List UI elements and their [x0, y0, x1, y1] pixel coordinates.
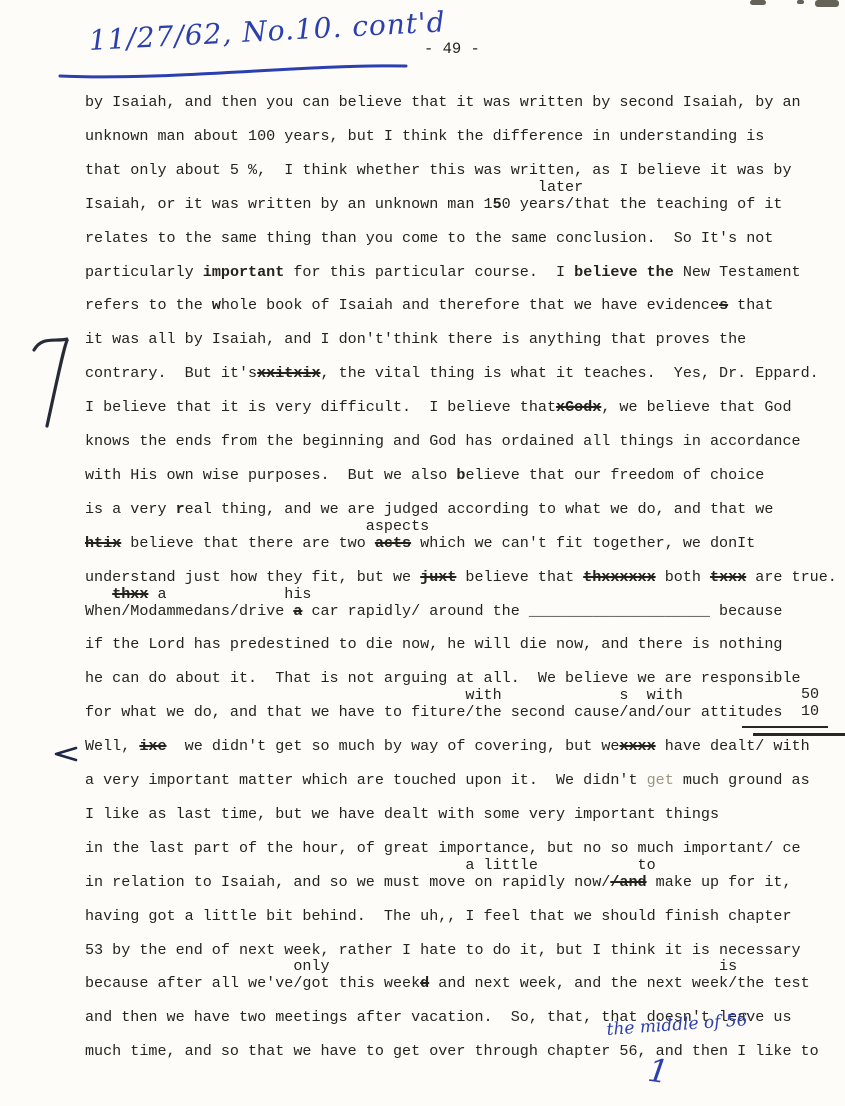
typed-line: it was all by Isaiah, and I don't'think … — [85, 329, 746, 349]
typed-line: because after all we've/got this weekd a… — [85, 973, 810, 993]
typed-line: I believe that it is very difficult. I b… — [85, 397, 792, 417]
margin-underline — [742, 726, 828, 728]
paragraph-mark-icon — [28, 332, 74, 432]
typed-line: a very important matter which are touche… — [85, 770, 810, 790]
typed-line: knows the ends from the beginning and Go… — [85, 431, 801, 451]
typed-body: by Isaiah, and then you can believe that… — [0, 0, 845, 1106]
margin-underline — [753, 733, 845, 736]
typed-line: in relation to Isaiah, and so we must mo… — [85, 872, 792, 892]
typed-line: particularly important for this particul… — [85, 262, 801, 282]
typed-line: relates to the same thing than you come … — [85, 228, 773, 248]
typed-line: if the Lord has predestined to die now, … — [85, 634, 782, 654]
insert-arrow-icon — [50, 744, 78, 764]
typed-line: refers to the whole book of Isaiah and t… — [85, 295, 773, 315]
typed-line: having got a little bit behind. The uh,,… — [85, 906, 792, 926]
typed-line: I like as last time, but we have dealt w… — [85, 804, 719, 824]
typed-line: Isaiah, or it was written by an unknown … — [85, 194, 782, 214]
typed-line: with His own wise purposes. But we also … — [85, 465, 764, 485]
typed-line: unknown man about 100 years, but I think… — [85, 126, 764, 146]
typed-line: htix believe that there are two acts whi… — [85, 533, 755, 553]
typed-line: contrary. But it'sxxitxix, the vital thi… — [85, 363, 819, 383]
typed-line: When/Modammedans/drive a car rapidly/ ar… — [85, 601, 782, 621]
typed-line: much time, and so that we have to get ov… — [85, 1041, 819, 1061]
typed-line: by Isaiah, and then you can believe that… — [85, 92, 801, 112]
document-page: 11/27/62, No.10. cont'd - 49 - by Isaiah… — [0, 0, 845, 1106]
margin-number-50: 50 — [801, 685, 819, 703]
typed-line: Well, ixe we didn't get so much by way o… — [85, 736, 810, 756]
typed-line: for what we do, and that we have to fitu… — [85, 702, 782, 722]
margin-number-10: 10 — [801, 702, 819, 720]
